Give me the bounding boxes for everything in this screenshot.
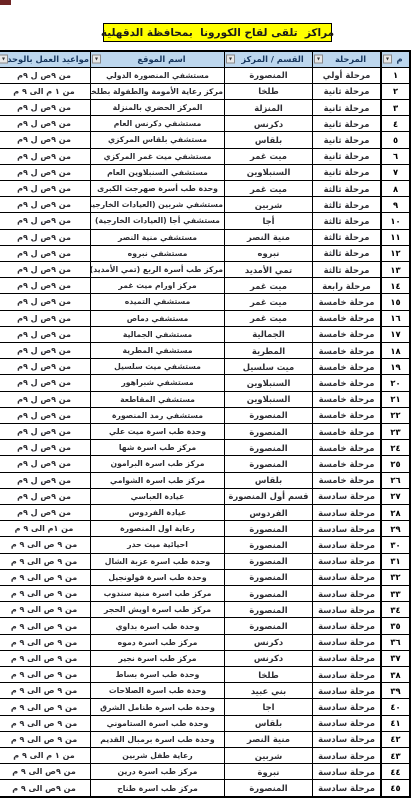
cell-stage: مرحلة خامسة — [313, 294, 382, 310]
table-row: ٣٧مرحلة سادسةدكرنسمركز طب اسرة نجيرمن ٩ … — [0, 650, 410, 666]
cell-site-name: مركز طب اسرة دموه — [91, 634, 225, 650]
cell-number: ٣٢ — [381, 569, 410, 585]
cell-district: اجا — [225, 699, 313, 715]
cell-site-name: وحدة طب اسرة الستاموني — [91, 715, 225, 731]
cell-district: ميت غمر — [225, 294, 313, 310]
cell-number: ١٩ — [381, 359, 410, 375]
cell-site-name: عيادة الفردوس — [91, 504, 225, 520]
cell-working-hours: من ٩ ص الى ٩ م — [0, 699, 91, 715]
cell-site-name: مركز طب اسرة طناح — [91, 780, 225, 797]
filter-dropdown-icon[interactable]: ▾ — [383, 55, 392, 64]
table-row: ٤٢مرحلة سادسةمنية النصروحدة طب اسرة برمب… — [0, 731, 410, 747]
cell-district: ميت غمر — [225, 180, 313, 196]
cell-number: ٣٩ — [381, 683, 410, 699]
cell-stage: مرحلة سادسة — [313, 618, 382, 634]
table-row: ١٩مرحلة خامسةميت سلسيلمستشفي ميت سلسيلمن… — [0, 359, 410, 375]
cell-site-name: مستشفي المقاطعة — [91, 391, 225, 407]
cell-working-hours: من ٩ص ل ٩م — [0, 132, 91, 148]
table-row: ٣٣مرحلة سادسةالمنصورةمركز طب اسرة منية س… — [0, 586, 410, 602]
cell-site-name: مركز طب اسرة منية سندوب — [91, 586, 225, 602]
table-row: ٥مرحلة ثانيةبلقاسمستشفي بلقاس المركزيمن … — [0, 132, 410, 148]
cell-district: المنصورة — [225, 67, 313, 83]
table-row: ٣٥مرحلة سادسةالمنصورةوحدة طب اسرة بداويم… — [0, 618, 410, 634]
cell-working-hours: من ٩ ص الى ٩ م — [0, 731, 91, 747]
cell-district: المنصورة — [225, 537, 313, 553]
header-cell-stage: المرحلة ▾ — [313, 51, 382, 67]
cell-stage: مرحلة خامسة — [313, 310, 382, 326]
table-row: ٣٨مرحلة سادسةطلخاوحدة طب اسرة بساطمن ٩ ص… — [0, 667, 410, 683]
header-cell-working-hours: مواعيد العمل بالوحدة ▾ — [0, 51, 91, 67]
cell-stage: مرحلة خامسة — [313, 472, 382, 488]
table-row: ٤٠مرحلة سادسةاجاوحدة طب اسرة طنامل الشرق… — [0, 699, 410, 715]
cell-site-name: احيائية ميت حدر — [91, 537, 225, 553]
table-row: ٣٤مرحلة سادسةالمنصورةمركز طب اسرة اويش ا… — [0, 602, 410, 618]
cell-district: بني عبيد — [225, 683, 313, 699]
cell-stage: مرحلة ثالثة — [313, 197, 382, 213]
cell-working-hours: من ٩ص ل ٩م — [0, 359, 91, 375]
cell-site-name: وحدة طب اسرة فولونجيل — [91, 569, 225, 585]
cell-number: ٣١ — [381, 553, 410, 569]
cell-working-hours: من ٩ ص الى ٩ م — [0, 715, 91, 731]
cell-number: ٢٩ — [381, 521, 410, 537]
table-row: ٤٤مرحلة سادسةنبروةمركز طب اسرة درينمن ٩ص… — [0, 764, 410, 780]
filter-dropdown-icon[interactable]: ▾ — [314, 55, 323, 64]
cell-site-name: مركز طب اسرة نجير — [91, 650, 225, 666]
cell-working-hours: من ٩ص ل ٩م — [0, 456, 91, 472]
cell-site-name: مستشفي التميده — [91, 294, 225, 310]
cell-site-name: مستشفي بلقاس المركزي — [91, 132, 225, 148]
cell-stage: مرحلة سادسة — [313, 715, 382, 731]
cell-site-name: مستشفي المنصورة الدولي — [91, 67, 225, 83]
cell-number: ٣٨ — [381, 667, 410, 683]
table-row: ٤مرحلة ثانيةدكرنسمستشفي دكرنس العاممن ٩ص… — [0, 116, 410, 132]
cell-number: ٤٣ — [381, 748, 410, 764]
cell-district: المنصورة — [225, 569, 313, 585]
cell-site-name: مستشفي أجا (العيادات الخارجية) — [91, 213, 225, 229]
cell-working-hours: من ٩ص ل ٩م — [0, 326, 91, 342]
header-cell-number: م ▾ — [381, 51, 410, 67]
cell-number: ٢٠ — [381, 375, 410, 391]
table-row: ٤٣مرحلة سادسةشربينرعاية طفل شربينمن ١ م … — [0, 748, 410, 764]
cell-site-name: رعاية اول المنصورة — [91, 521, 225, 537]
cell-site-name: مستشفي الجمالية — [91, 326, 225, 342]
page: { "page": { "title": "مراكز تلقى لقاح ال… — [0, 0, 415, 800]
cell-district: دكرنس — [225, 634, 313, 650]
cell-number: ٧ — [381, 164, 410, 180]
table-row: ٢٣مرحلة خامسةالمنصورةوحدة طب اسرة ميت عل… — [0, 423, 410, 439]
cell-stage: مرحلة خامسة — [313, 423, 382, 439]
cell-site-name: عيادة العباسي — [91, 488, 225, 504]
cell-stage: مرحلة سادسة — [313, 764, 382, 780]
filter-dropdown-icon[interactable]: ▾ — [226, 55, 235, 64]
cell-number: ٤٤ — [381, 764, 410, 780]
cell-stage: مرحلة ثالثة — [313, 229, 382, 245]
cell-working-hours: من ٩ص ل ٩م — [0, 278, 91, 294]
cell-site-name: مستشفي ميت غمر المركزي — [91, 148, 225, 164]
cell-stage: مرحلة خامسة — [313, 456, 382, 472]
cell-site-name: وحدة طب أسرة صهرجت الكبرى — [91, 180, 225, 196]
cell-number: ٦ — [381, 148, 410, 164]
cell-working-hours: من ٩ ص الى ٩ م — [0, 602, 91, 618]
header-label-site-name: اسم الموقع — [129, 54, 185, 64]
cell-stage: مرحلة ثالثة — [313, 261, 382, 277]
cell-district: المنصورة — [225, 423, 313, 439]
cell-district: نبروة — [225, 764, 313, 780]
cell-working-hours: من ٩ص ل ٩م — [0, 245, 91, 261]
cell-site-name: مركز طب اسرة الشوامي — [91, 472, 225, 488]
cell-number: ٣٥ — [381, 618, 410, 634]
cell-site-name: مركز طب اسرة درين — [91, 764, 225, 780]
cell-site-name: وحدة طب اسرة بداوي — [91, 618, 225, 634]
cell-stage: مرحلة ثالثة — [313, 213, 382, 229]
cell-district: المطرية — [225, 342, 313, 358]
table-row: ١٠مرحلة ثالثةأجامستشفي أجا (العيادات الخ… — [0, 213, 410, 229]
cell-stage: مرحلة رابعة — [313, 278, 382, 294]
table-row: ٣٦مرحلة سادسةدكرنسمركز طب اسرة دموهمن ٩ … — [0, 634, 410, 650]
cell-district: ميت غمر — [225, 310, 313, 326]
cell-number: ٩ — [381, 197, 410, 213]
cell-stage: مرحلة ثانية — [313, 132, 382, 148]
cell-stage: مرحلة ثانية — [313, 164, 382, 180]
cell-working-hours: من ١ م الى ٩ م — [0, 83, 91, 99]
cell-number: ٤١ — [381, 715, 410, 731]
cell-site-name: مركز طب اسرة البرامون — [91, 456, 225, 472]
table-header: م ▾ المرحلة ▾ القسم / المركز ▾ اسم الموق… — [0, 51, 410, 67]
cell-site-name: وحدة طب اسرة الصلاحات — [91, 683, 225, 699]
cell-working-hours: من ٩ص ل ٩م — [0, 197, 91, 213]
table-row: ١٧مرحلة خامسةالجماليةمستشفي الجماليةمن ٩… — [0, 326, 410, 342]
cell-stage: مرحلة ثانية — [313, 148, 382, 164]
table-row: ٢٦مرحلة خامسةبلقاسمركز طب اسرة الشواميمن… — [0, 472, 410, 488]
cell-working-hours: من ٩ص ل ٩م — [0, 261, 91, 277]
cell-working-hours: من ٩ ص الى ٩ م — [0, 618, 91, 634]
cell-district: بلقاس — [225, 472, 313, 488]
cell-working-hours: من ٩ص ل ٩م — [0, 407, 91, 423]
cell-site-name: وحدة طب اسرة بساط — [91, 667, 225, 683]
cell-site-name: وحدة طب اسرة برمبال القديم — [91, 731, 225, 747]
table-row: ١٣مرحلة ثالثةتمي الأمديدمركز طب أسرة الر… — [0, 261, 410, 277]
table-row: ٣٠مرحلة سادسةالمنصورةاحيائية ميت حدرمن ٩… — [0, 537, 410, 553]
cell-district: المنزلة — [225, 99, 313, 115]
cell-number: ٣٦ — [381, 634, 410, 650]
cell-stage: مرحلة ثالثة — [313, 180, 382, 196]
cell-stage: مرحلة خامسة — [313, 391, 382, 407]
cell-stage: مرحلة سادسة — [313, 780, 382, 797]
table-row: ١٥مرحلة خامسةميت غمرمستشفي التميدهمن ٩ص … — [0, 294, 410, 310]
cell-number: ٣٧ — [381, 650, 410, 666]
cell-district: قسم أول المنصورة — [225, 488, 313, 504]
cell-stage: مرحلة سادسة — [313, 748, 382, 764]
cell-stage: مرحلة سادسة — [313, 667, 382, 683]
cell-district: المنصورة — [225, 553, 313, 569]
cell-district: طلخا — [225, 83, 313, 99]
cell-working-hours: من ٩ص الى ٩ م — [0, 764, 91, 780]
header-label-district: القسم / المركز — [233, 54, 303, 64]
cell-number: ٢٤ — [381, 440, 410, 456]
cell-stage: مرحلة سادسة — [313, 602, 382, 618]
table-row: ٢مرحلة ثانيةطلخامركز رعاية الأمومة والطف… — [0, 83, 410, 99]
cell-working-hours: من ٩ص ل ٩م — [0, 488, 91, 504]
cell-site-name: مستشفي ميت سلسيل — [91, 359, 225, 375]
cell-site-name: مستشفي نبروه — [91, 245, 225, 261]
cell-stage: مرحلة ثانية — [313, 99, 382, 115]
table-row: ٤٥مرحلة سادسةالمنصورةمركز طب اسرة طناحمن… — [0, 780, 410, 797]
cell-district: المنصورة — [225, 780, 313, 797]
cell-working-hours: من ٩ ص الى ٩ م — [0, 650, 91, 666]
cell-number: ١٨ — [381, 342, 410, 358]
cell-number: ٢٥ — [381, 456, 410, 472]
table-row: ٣مرحلة ثانيةالمنزلةالمركز الحضري بالمنزل… — [0, 99, 410, 115]
cell-working-hours: من ٩ص ل ٩م — [0, 504, 91, 520]
cell-number: ٣٠ — [381, 537, 410, 553]
cell-number: ١٢ — [381, 245, 410, 261]
cell-district: ميت غمر — [225, 278, 313, 294]
table-row: ٢٥مرحلة خامسةالمنصورةمركز طب اسرة البرام… — [0, 456, 410, 472]
cell-district: المنصورة — [225, 521, 313, 537]
cell-district: منية النصر — [225, 731, 313, 747]
cell-working-hours: من ٩ص ل ٩م — [0, 294, 91, 310]
filter-dropdown-icon[interactable]: ▾ — [0, 55, 8, 64]
table-row: ٦مرحلة ثانيةميت غمرمستشفي ميت غمر المركز… — [0, 148, 410, 164]
cell-district: ميت غمر — [225, 148, 313, 164]
cell-stage: مرحلة ثانية — [313, 83, 382, 99]
cell-district: أجا — [225, 213, 313, 229]
cell-working-hours: من ٩ص ل ٩م — [0, 423, 91, 439]
table-row: ٧مرحلة ثانيةالسنبلاوينمستشفي السنبلاوين … — [0, 164, 410, 180]
table-row: ١٤مرحلة رابعةميت غمرمركز اورام ميت غمرمن… — [0, 278, 410, 294]
cell-working-hours: من ٩ص ل ٩م — [0, 67, 91, 83]
cell-number: ٤٢ — [381, 731, 410, 747]
cell-stage: مرحلة سادسة — [313, 683, 382, 699]
cell-site-name: مركز رعاية الأمومة والطفولة بطلخا — [91, 83, 225, 99]
table-row: ٢١مرحلة خامسةالسنبلاوينمستشفي المقاطعةمن… — [0, 391, 410, 407]
cell-working-hours: من ٩ص ل ٩م — [0, 99, 91, 115]
cell-district: المنصورة — [225, 618, 313, 634]
cell-number: ٣٣ — [381, 586, 410, 602]
cell-district: تمي الأمديد — [225, 261, 313, 277]
cell-working-hours: من ٩ص ل ٩م — [0, 229, 91, 245]
cell-site-name: مستشفي شربين (العيادات الخارجية) — [91, 197, 225, 213]
cell-district: شربين — [225, 748, 313, 764]
cell-working-hours: من ٩ ص الى ٩ م — [0, 634, 91, 650]
cell-number: ١٥ — [381, 294, 410, 310]
table-row: ٤١مرحلة سادسةبلقاسوحدة طب اسرة الستاموني… — [0, 715, 410, 731]
cell-stage: مرحلة خامسة — [313, 359, 382, 375]
cell-site-name: مستشفي شبراهور — [91, 375, 225, 391]
cell-stage: مرحلة خامسة — [313, 440, 382, 456]
cell-stage: مرحلة خامسة — [313, 375, 382, 391]
cell-stage: مرحلة أولي — [313, 67, 382, 83]
cell-working-hours: من ٩ص ل ٩م — [0, 116, 91, 132]
cell-number: ١٦ — [381, 310, 410, 326]
cell-district: بلقاس — [225, 715, 313, 731]
cell-number: ٢٦ — [381, 472, 410, 488]
cell-working-hours: من ٩ ص الى ٩ م — [0, 569, 91, 585]
table-row: ٢٨مرحلة سادسةالفردوسعيادة الفردوسمن ٩ص ل… — [0, 504, 410, 520]
cell-stage: مرحلة سادسة — [313, 537, 382, 553]
cell-site-name: مركز طب أسرة الربع (تمي الأمديد) — [91, 261, 225, 277]
cell-site-name: مستشفي السنبلاوين العام — [91, 164, 225, 180]
cell-number: ٢٧ — [381, 488, 410, 504]
cell-district: شربين — [225, 197, 313, 213]
table-row: ٨مرحلة ثالثةميت غمروحدة طب أسرة صهرجت ال… — [0, 180, 410, 196]
cell-district: طلخا — [225, 667, 313, 683]
cell-number: ٨ — [381, 180, 410, 196]
cell-number: ١٤ — [381, 278, 410, 294]
cell-stage: مرحلة ثالثة — [313, 245, 382, 261]
cell-district: المنصورة — [225, 440, 313, 456]
page-title-text: مراكز تلقى لقاح الكورونا بمحافظة الدقهلي… — [101, 27, 334, 39]
cell-working-hours: من ٩ص ل ٩م — [0, 342, 91, 358]
cell-stage: مرحلة سادسة — [313, 731, 382, 747]
table-row: ٢٢مرحلة خامسةالمنصورةمستشفي رمد المنصورة… — [0, 407, 410, 423]
header-row: م ▾ المرحلة ▾ القسم / المركز ▾ اسم الموق… — [0, 51, 410, 67]
table-row: ٣٩مرحلة سادسةبني عبيدوحدة طب اسرة الصلاح… — [0, 683, 410, 699]
cell-working-hours: من ٩ص ل ٩م — [0, 164, 91, 180]
cell-district: المنصورة — [225, 407, 313, 423]
cell-site-name: مستشفي دماص — [91, 310, 225, 326]
table-row: ١١مرحلة ثالثةمنية النصرمستشفي منية النصر… — [0, 229, 410, 245]
cell-number: ٤٥ — [381, 780, 410, 797]
cell-working-hours: من ٩ ص الى ٩ م — [0, 683, 91, 699]
table-row: ٢٤مرحلة خامسةالمنصورةمركز طب اسرة شهامن … — [0, 440, 410, 456]
cell-stage: مرحلة سادسة — [313, 504, 382, 520]
cell-stage: مرحلة سادسة — [313, 586, 382, 602]
table-row: ٢٧مرحلة سادسةقسم أول المنصورةعيادة العبا… — [0, 488, 410, 504]
cell-site-name: مركز اورام ميت غمر — [91, 278, 225, 294]
cell-working-hours: من ٩ص ل ٩م — [0, 148, 91, 164]
cell-site-name: مركز طب اسرة اويش الحجر — [91, 602, 225, 618]
cell-site-name: مستشفي دكرنس العام — [91, 116, 225, 132]
cell-district: السنبلاوين — [225, 375, 313, 391]
cell-number: ١١ — [381, 229, 410, 245]
cell-district: السنبلاوين — [225, 391, 313, 407]
cell-site-name: رعاية طفل شربين — [91, 748, 225, 764]
cell-district: المنصورة — [225, 586, 313, 602]
cell-site-name: وحدة طب اسرة طنامل الشرق — [91, 699, 225, 715]
cell-number: ١٧ — [381, 326, 410, 342]
cell-number: ٢٨ — [381, 504, 410, 520]
cell-stage: مرحلة ثانية — [313, 116, 382, 132]
cell-district: المنصورة — [225, 456, 313, 472]
page-title: مراكز تلقى لقاح الكورونا بمحافظة الدقهلي… — [103, 23, 332, 42]
cell-district: الفردوس — [225, 504, 313, 520]
cell-working-hours: من ٩ص ل ٩م — [0, 180, 91, 196]
cell-number: ١٣ — [381, 261, 410, 277]
cell-stage: مرحلة سادسة — [313, 634, 382, 650]
cell-stage: مرحلة سادسة — [313, 488, 382, 504]
cell-stage: مرحلة سادسة — [313, 650, 382, 666]
table-row: ١٨مرحلة خامسةالمطريةمستشفي المطريةمن ٩ص … — [0, 342, 410, 358]
cell-district: منية النصر — [225, 229, 313, 245]
cell-number: ١٠ — [381, 213, 410, 229]
cell-district: ميت سلسيل — [225, 359, 313, 375]
table-row: ١٢مرحلة ثالثةنبروهمستشفي نبروهمن ٩ص ل ٩م — [0, 245, 410, 261]
scan-artifact-mark — [0, 0, 11, 5]
cell-working-hours: من ٩ ص الى ٩ م — [0, 586, 91, 602]
cell-stage: مرحلة خامسة — [313, 342, 382, 358]
header-label-stage: المرحلة — [327, 54, 366, 64]
cell-stage: مرحلة خامسة — [313, 407, 382, 423]
cell-stage: مرحلة سادسة — [313, 699, 382, 715]
cell-stage: مرحلة خامسة — [313, 326, 382, 342]
cell-number: ٤ — [381, 116, 410, 132]
cell-stage: مرحلة سادسة — [313, 521, 382, 537]
cell-working-hours: من ١م الى ٩ م — [0, 521, 91, 537]
table-row: ٢٠مرحلة خامسةالسنبلاوينمستشفي شبراهورمن … — [0, 375, 410, 391]
cell-working-hours: من ٩ ص الى ٩ م — [0, 667, 91, 683]
cell-working-hours: من ٩ ص الى ٩ م — [0, 553, 91, 569]
cell-number: ١ — [381, 67, 410, 83]
cell-working-hours: من ١ م الى ٩ م — [0, 748, 91, 764]
header-label-working-hours: مواعيد العمل بالوحدة — [0, 54, 89, 64]
cell-district: بلقاس — [225, 132, 313, 148]
cell-stage: مرحلة سادسة — [313, 569, 382, 585]
cell-site-name: وحدة طب اسرة ميت علي — [91, 423, 225, 439]
cell-site-name: المركز الحضري بالمنزلة — [91, 99, 225, 115]
cell-number: ٢٣ — [381, 423, 410, 439]
cell-site-name: مستشفي منية النصر — [91, 229, 225, 245]
cell-site-name: مستشفي المطرية — [91, 342, 225, 358]
table-row: ١مرحلة أوليالمنصورةمستشفي المنصورة الدول… — [0, 67, 410, 83]
filter-dropdown-icon[interactable]: ▾ — [92, 55, 101, 64]
cell-district: دكرنس — [225, 116, 313, 132]
cell-number: ٢ — [381, 83, 410, 99]
cell-district: السنبلاوين — [225, 164, 313, 180]
cell-number: ٤٠ — [381, 699, 410, 715]
table-row: ٣١مرحلة سادسةالمنصورةوحدة طب اسرة عزبة ا… — [0, 553, 410, 569]
cell-working-hours: من ٩ ص الى ٩ م — [0, 537, 91, 553]
cell-working-hours: من ٩ص ل ٩م — [0, 375, 91, 391]
cell-number: ٣٤ — [381, 602, 410, 618]
vaccine-centers-table: م ▾ المرحلة ▾ القسم / المركز ▾ اسم الموق… — [0, 50, 411, 798]
header-cell-site-name: اسم الموقع ▾ — [91, 51, 225, 67]
cell-working-hours: من ٩ص ل ٩م — [0, 213, 91, 229]
cell-working-hours: من ٩ص ل ٩م — [0, 391, 91, 407]
cell-number: ٢١ — [381, 391, 410, 407]
cell-number: ٥ — [381, 132, 410, 148]
cell-site-name: مركز طب اسرة شها — [91, 440, 225, 456]
cell-district: الجمالية — [225, 326, 313, 342]
cell-working-hours: من ٩ص ل ٩م — [0, 440, 91, 456]
cell-working-hours: من ٩ص ل ٩م — [0, 310, 91, 326]
table-row: ٢٩مرحلة سادسةالمنصورةرعاية اول المنصورةم… — [0, 521, 410, 537]
cell-stage: مرحلة سادسة — [313, 553, 382, 569]
table-row: ٣٢مرحلة سادسةالمنصورةوحدة طب اسرة فولونج… — [0, 569, 410, 585]
cell-district: دكرنس — [225, 650, 313, 666]
table-body: ١مرحلة أوليالمنصورةمستشفي المنصورة الدول… — [0, 67, 410, 797]
cell-working-hours: من ٩ص الى ٩ م — [0, 780, 91, 797]
cell-site-name: وحدة طب اسرة عزبة الشال — [91, 553, 225, 569]
table-row: ٩مرحلة ثالثةشربينمستشفي شربين (العيادات … — [0, 197, 410, 213]
cell-number: ٣ — [381, 99, 410, 115]
header-cell-district: القسم / المركز ▾ — [225, 51, 313, 67]
cell-site-name: مستشفي رمد المنصورة — [91, 407, 225, 423]
cell-working-hours: من ٩ص ل ٩م — [0, 472, 91, 488]
cell-number: ٢٢ — [381, 407, 410, 423]
table-row: ١٦مرحلة خامسةميت غمرمستشفي دماصمن ٩ص ل ٩… — [0, 310, 410, 326]
cell-district: نبروه — [225, 245, 313, 261]
cell-district: المنصورة — [225, 602, 313, 618]
